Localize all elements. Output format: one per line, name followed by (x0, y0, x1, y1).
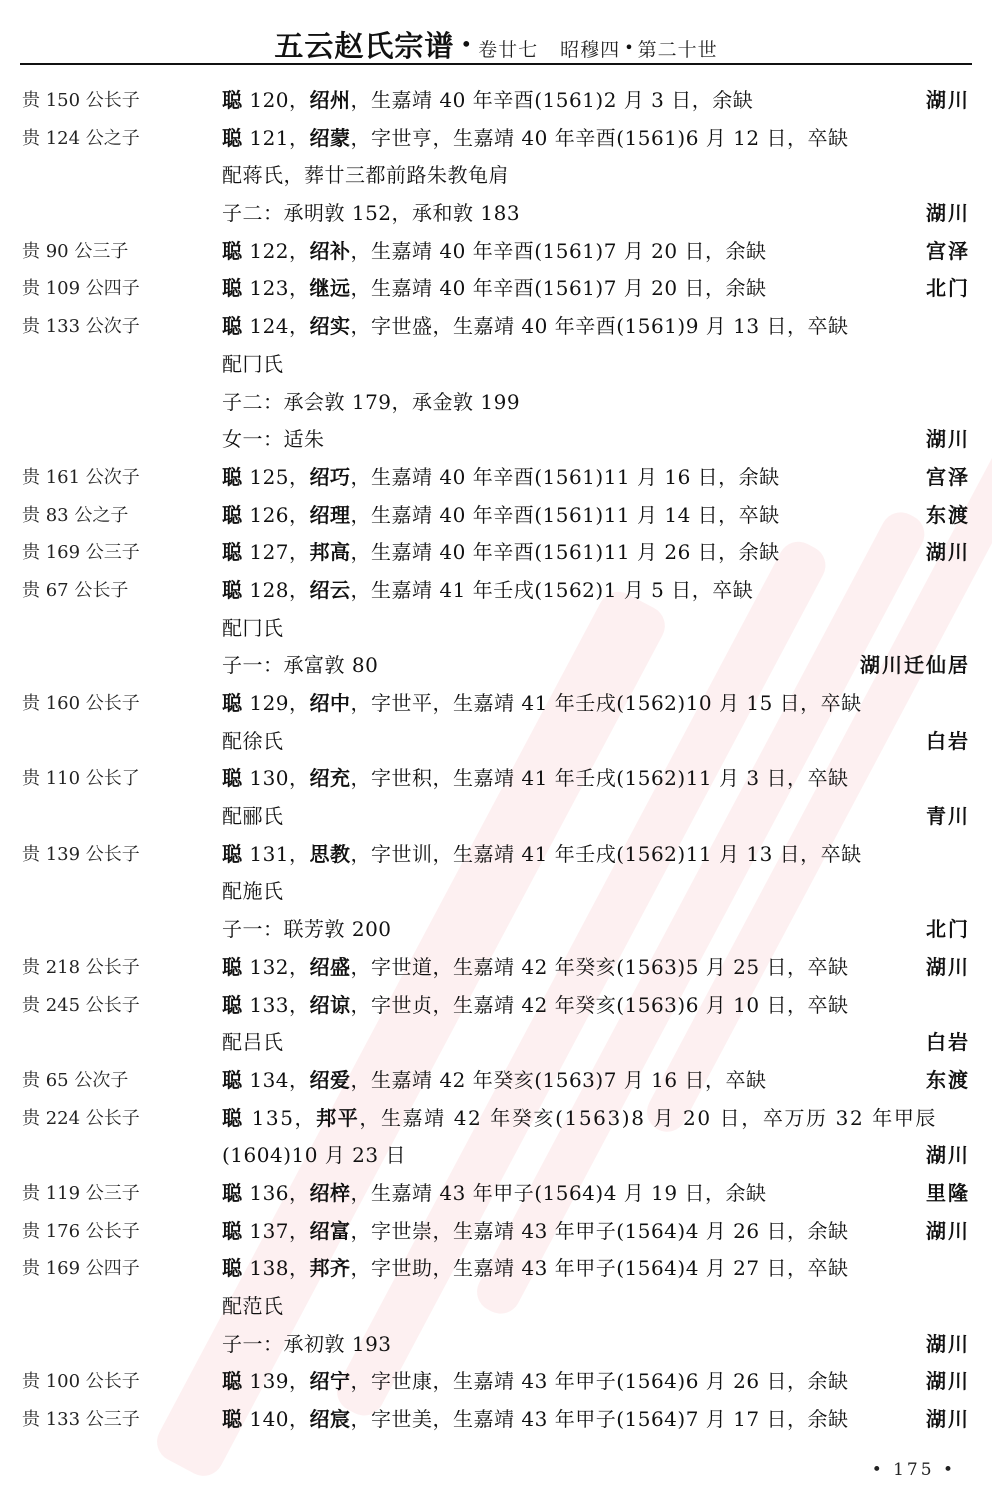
entry-text: 子一：承富敦 80 (222, 647, 378, 685)
entry-number: 139， (243, 1369, 310, 1393)
entry-details: ，生嘉靖 40 年辛酉(1561)7 月 20 日，余缺 (351, 239, 767, 263)
place-label: 湖川 (926, 195, 970, 233)
parent-reference: 贵 133 公次子 (22, 308, 140, 346)
parent-reference: 贵 161 公次子 (22, 459, 140, 497)
entry-number: 132， (243, 955, 310, 979)
entry-line: 贵 90 公三子聪 122，绍补，生嘉靖 40 年辛酉(1561)7 月 20 … (0, 233, 992, 271)
entry-line: 贵 83 公之子聪 126，绍理，生嘉靖 40 年辛酉(1561)11 月 14… (0, 497, 992, 535)
entry-text: 聪 131，思教，字世训，生嘉靖 41 年壬戌(1562)11 月 13 日，卒… (222, 836, 862, 874)
entry-text: 配徐氏 (222, 723, 284, 761)
entry-details: ，生嘉靖 43 年甲子(1564)4 月 19 日，余缺 (351, 1181, 767, 1205)
entry-number: 129， (243, 691, 310, 715)
place-label: 湖川 (926, 421, 970, 459)
entry-number: 126， (243, 503, 310, 527)
entry-text: 聪 127，邦高，生嘉靖 40 年辛酉(1561)11 月 26 日，余缺 (222, 534, 780, 572)
entry-line: 贵 139 公长子聪 131，思教，字世训，生嘉靖 41 年壬戌(1562)11… (0, 836, 992, 874)
person-name: 继远 (310, 276, 351, 300)
entry-number: 121， (243, 126, 310, 150)
person-name: 绍宁 (310, 1369, 351, 1393)
entry-text: 子一：联芳敦 200 (222, 911, 392, 949)
header-separator: • (624, 38, 633, 57)
entry-line: 配冂氏 (0, 610, 992, 648)
generation-char: 聪 (222, 1181, 243, 1205)
entry-line: 配蒋氏，葬廿三都前路朱教龟肩 (0, 157, 992, 195)
entry-number: 138， (243, 1256, 310, 1280)
entry-number: 131， (243, 842, 310, 866)
entry-text: 子二：承明敦 152，承和敦 183 (222, 195, 520, 233)
entry-line: 贵 100 公长子聪 139，绍宁，字世康，生嘉靖 43 年甲子(1564)6 … (0, 1363, 992, 1401)
entry-number: 130， (243, 766, 310, 790)
place-label: 宫泽 (926, 459, 970, 497)
person-name: 邦高 (310, 540, 351, 564)
generation-char: 聪 (222, 540, 243, 564)
person-name: 绍云 (310, 578, 351, 602)
entry-details: ，字世平，生嘉靖 41 年壬戌(1562)10 月 15 日，卒缺 (351, 691, 862, 715)
entry-number: 128， (243, 578, 310, 602)
entry-text: 配冂氏 (222, 610, 284, 648)
entry-text: 配吕氏 (222, 1024, 284, 1062)
entry-line: 贵 150 公长子聪 120，绍州，生嘉靖 40 年辛酉(1561)2 月 3 … (0, 82, 992, 120)
entry-line: 贵 133 公三子聪 140，绍宸，字世美，生嘉靖 43 年甲子(1564)7 … (0, 1401, 992, 1439)
person-name: 绍中 (310, 691, 351, 715)
parent-reference: 贵 100 公长子 (22, 1363, 140, 1401)
entry-text: 聪 129，绍中，字世平，生嘉靖 41 年壬戌(1562)10 月 15 日，卒… (222, 685, 862, 723)
entry-line: 配范氏 (0, 1288, 992, 1326)
person-name: 绍蒙 (310, 126, 351, 150)
entry-number: 127， (243, 540, 310, 564)
entry-text: 聪 126，绍理，生嘉靖 40 年辛酉(1561)11 月 14 日，卒缺 (222, 497, 780, 535)
parent-reference: 贵 218 公长子 (22, 949, 140, 987)
person-name: 绍富 (310, 1219, 351, 1243)
entry-number: 123， (243, 276, 310, 300)
entry-details: ，生嘉靖 40 年辛酉(1561)11 月 26 日，余缺 (351, 540, 780, 564)
generation-char: 聪 (222, 578, 243, 602)
entry-details: ，生嘉靖 40 年辛酉(1561)11 月 14 日，卒缺 (351, 503, 780, 527)
place-label: 湖川 (926, 949, 970, 987)
genealogy-entries: 贵 150 公长子聪 120，绍州，生嘉靖 40 年辛酉(1561)2 月 3 … (0, 82, 992, 1439)
generation-label: 第二十世 (638, 39, 718, 61)
entry-text: 女一：适朱 (222, 421, 325, 459)
generation-char: 聪 (222, 1068, 243, 1092)
entry-text: 聪 138，邦齐，字世助，生嘉靖 43 年甲子(1564)4 月 27 日，卒缺 (222, 1250, 848, 1288)
parent-reference: 贵 169 公四子 (22, 1250, 140, 1288)
entry-text: 聪 134，绍爱，生嘉靖 42 年癸亥(1563)7 月 16 日，卒缺 (222, 1062, 766, 1100)
place-label: 湖川 (926, 1326, 970, 1364)
entry-details: ，字世美，生嘉靖 43 年甲子(1564)7 月 17 日，余缺 (351, 1407, 849, 1431)
person-name: 邦平 (316, 1106, 359, 1130)
place-label: 东渡 (926, 1062, 970, 1100)
place-label: 里隆 (926, 1175, 970, 1213)
person-name: 绍盛 (310, 955, 351, 979)
entry-number: 135， (244, 1106, 317, 1130)
entry-details: ，生嘉靖 40 年辛酉(1561)7 月 20 日，余缺 (351, 276, 767, 300)
entry-details: ，字世训，生嘉靖 41 年壬戌(1562)11 月 13 日，卒缺 (351, 842, 862, 866)
entry-number: 136， (243, 1181, 310, 1205)
parent-reference: 贵 119 公三子 (22, 1175, 140, 1213)
place-label: 湖川 (926, 1137, 970, 1175)
entry-text: 子一：承初敦 193 (222, 1326, 392, 1364)
person-name: 绍补 (310, 239, 351, 263)
entry-details: ，字世康，生嘉靖 43 年甲子(1564)6 月 26 日，余缺 (351, 1369, 849, 1393)
person-name: 邦齐 (310, 1256, 351, 1280)
entry-number: 120， (243, 88, 310, 112)
place-label: 湖川 (926, 1401, 970, 1439)
place-label: 白岩 (926, 1024, 970, 1062)
entry-text: 聪 122，绍补，生嘉靖 40 年辛酉(1561)7 月 20 日，余缺 (222, 233, 766, 271)
generation-char: 聪 (222, 691, 243, 715)
entry-details: ，字世助，生嘉靖 43 年甲子(1564)4 月 27 日，卒缺 (351, 1256, 849, 1280)
place-label: 湖川 (926, 534, 970, 572)
place-label: 青川 (926, 798, 970, 836)
parent-reference: 贵 65 公次子 (22, 1062, 128, 1100)
volume-label: 卷廿七 (478, 39, 538, 61)
entry-text: 配冂氏 (222, 346, 284, 384)
entry-line: 配徐氏白岩 (0, 723, 992, 761)
entry-text: 聪 133，绍谅，字世贞，生嘉靖 42 年癸亥(1563)6 月 10 日，卒缺 (222, 987, 848, 1025)
entry-text: 聪 130，绍充，字世积，生嘉靖 41 年壬戌(1562)11 月 3 日，卒缺 (222, 760, 848, 798)
entry-line: 贵 245 公长子聪 133，绍谅，字世贞，生嘉靖 42 年癸亥(1563)6 … (0, 987, 992, 1025)
entry-line: 子一：承富敦 80湖川迁仙居 (0, 647, 992, 685)
person-name: 绍爱 (310, 1068, 351, 1092)
generation-char: 聪 (222, 503, 243, 527)
page-header: 五云赵氏宗谱•卷廿七昭穆四•第二十世 (0, 24, 992, 65)
generation-char: 聪 (222, 239, 243, 263)
place-label: 湖川 (926, 82, 970, 120)
entry-text: (1604)10 月 23 日 (222, 1137, 406, 1175)
entry-line: 子一：承初敦 193湖川 (0, 1326, 992, 1364)
entry-text: 聪 136，绍梓，生嘉靖 43 年甲子(1564)4 月 19 日，余缺 (222, 1175, 766, 1213)
generation-char: 聪 (222, 1106, 244, 1130)
entry-number: 137， (243, 1219, 310, 1243)
entry-line: 贵 133 公次子聪 124，绍实，字世盛，生嘉靖 40 年辛酉(1561)9 … (0, 308, 992, 346)
entry-line: 贵 176 公长子聪 137，绍富，字世崇，生嘉靖 43 年甲子(1564)4 … (0, 1213, 992, 1251)
entry-text: 聪 139，绍宁，字世康，生嘉靖 43 年甲子(1564)6 月 26 日，余缺 (222, 1363, 848, 1401)
entry-line: 配冂氏 (0, 346, 992, 384)
generation-char: 聪 (222, 314, 243, 338)
generation-char: 聪 (222, 955, 243, 979)
entry-text: 聪 128，绍云，生嘉靖 41 年壬戌(1562)1 月 5 日，卒缺 (222, 572, 753, 610)
entry-line: 子二：承明敦 152，承和敦 183湖川 (0, 195, 992, 233)
entry-details: ，字世亨，生嘉靖 40 年辛酉(1561)6 月 12 日，卒缺 (351, 126, 849, 150)
entry-line: 贵 110 公长了聪 130，绍充，字世积，生嘉靖 41 年壬戌(1562)11… (0, 760, 992, 798)
entry-number: 133， (243, 993, 310, 1017)
parent-reference: 贵 83 公之子 (22, 497, 128, 535)
generation-char: 聪 (222, 766, 243, 790)
entry-line: 配施氏 (0, 873, 992, 911)
entry-text: 聪 121，绍蒙，字世亨，生嘉靖 40 年辛酉(1561)6 月 12 日，卒缺 (222, 120, 848, 158)
entry-text: 配范氏 (222, 1288, 284, 1326)
person-name: 绍谅 (310, 993, 351, 1017)
parent-reference: 贵 109 公四子 (22, 270, 140, 308)
entry-line: 贵 169 公四子聪 138，邦齐，字世助，生嘉靖 43 年甲子(1564)4 … (0, 1250, 992, 1288)
entry-line: 贵 109 公四子聪 123，继远，生嘉靖 40 年辛酉(1561)7 月 20… (0, 270, 992, 308)
parent-reference: 贵 90 公三子 (22, 233, 128, 271)
place-label: 东渡 (926, 497, 970, 535)
parent-reference: 贵 67 公长子 (22, 572, 128, 610)
book-title: 五云赵氏宗谱 (274, 29, 454, 63)
person-name: 绍理 (310, 503, 351, 527)
generation-char: 聪 (222, 1256, 243, 1280)
entry-line: 女一：适朱湖川 (0, 421, 992, 459)
entry-details: ，字世盛，生嘉靖 40 年辛酉(1561)9 月 13 日，卒缺 (351, 314, 849, 338)
parent-reference: 贵 169 公三子 (22, 534, 140, 572)
entry-line: 贵 224 公长子聪 135，邦平，生嘉靖 42 年癸亥(1563)8 月 20… (0, 1100, 992, 1138)
entry-number: 122， (243, 239, 310, 263)
entry-line: 贵 124 公之子聪 121，绍蒙，字世亨，生嘉靖 40 年辛酉(1561)6 … (0, 120, 992, 158)
place-label: 北门 (926, 270, 970, 308)
entry-details: ，生嘉靖 42 年癸亥(1563)7 月 16 日，卒缺 (351, 1068, 767, 1092)
entry-line: 配郦氏青川 (0, 798, 992, 836)
person-name: 绍宸 (310, 1407, 351, 1431)
place-label: 湖川 (926, 1213, 970, 1251)
entry-text: 聪 120，绍州，生嘉靖 40 年辛酉(1561)2 月 3 日，余缺 (222, 82, 753, 120)
entry-line: 配吕氏白岩 (0, 1024, 992, 1062)
entry-line: 贵 218 公长子聪 132，绍盛，字世道，生嘉靖 42 年癸亥(1563)5 … (0, 949, 992, 987)
entry-details: ，生嘉靖 40 年辛酉(1561)11 月 16 日，余缺 (351, 465, 780, 489)
entry-details: ，字世崇，生嘉靖 43 年甲子(1564)4 月 26 日，余缺 (351, 1219, 849, 1243)
genealogy-page: 五云赵氏宗谱•卷廿七昭穆四•第二十世 贵 150 公长子聪 120，绍州，生嘉靖… (0, 0, 992, 1512)
generation-char: 聪 (222, 842, 243, 866)
entry-line: 贵 67 公长子聪 128，绍云，生嘉靖 41 年壬戌(1562)1 月 5 日… (0, 572, 992, 610)
entry-text: 子二：承会敦 179，承金敦 199 (222, 384, 520, 422)
entry-number: 124， (243, 314, 310, 338)
person-name: 绍梓 (310, 1181, 351, 1205)
generation-char: 聪 (222, 126, 243, 150)
entry-text: 聪 135，邦平，生嘉靖 42 年癸亥(1563)8 月 20 日，卒万历 32… (222, 1100, 937, 1138)
person-name: 绍州 (310, 88, 351, 112)
entry-text: 配蒋氏，葬廿三都前路朱教龟肩 (222, 157, 509, 195)
parent-reference: 贵 110 公长了 (22, 760, 140, 798)
generation-char: 聪 (222, 1369, 243, 1393)
entry-text: 聪 123，继远，生嘉靖 40 年辛酉(1561)7 月 20 日，余缺 (222, 270, 766, 308)
place-label: 北门 (926, 911, 970, 949)
generation-char: 聪 (222, 88, 243, 112)
parent-reference: 贵 124 公之子 (22, 120, 140, 158)
entry-text: 聪 124，绍实，字世盛，生嘉靖 40 年辛酉(1561)9 月 13 日，卒缺 (222, 308, 848, 346)
section-label: 昭穆四 (560, 39, 620, 61)
person-name: 绍充 (310, 766, 351, 790)
entry-details: ，字世贞，生嘉靖 42 年癸亥(1563)6 月 10 日，卒缺 (351, 993, 849, 1017)
generation-char: 聪 (222, 1219, 243, 1243)
entry-text: 配郦氏 (222, 798, 284, 836)
place-label: 白岩 (926, 723, 970, 761)
entry-text: 聪 125，绍巧，生嘉靖 40 年辛酉(1561)11 月 16 日，余缺 (222, 459, 780, 497)
parent-reference: 贵 150 公长子 (22, 82, 140, 120)
person-name: 思教 (310, 842, 351, 866)
entry-line: 贵 119 公三子聪 136，绍梓，生嘉靖 43 年甲子(1564)4 月 19… (0, 1175, 992, 1213)
entry-number: 134， (243, 1068, 310, 1092)
entry-text: 聪 132，绍盛，字世道，生嘉靖 42 年癸亥(1563)5 月 25 日，卒缺 (222, 949, 848, 987)
generation-char: 聪 (222, 465, 243, 489)
parent-reference: 贵 160 公长子 (22, 685, 140, 723)
header-separator: • (460, 32, 472, 56)
place-label: 宫泽 (926, 233, 970, 271)
page-number: • 175 • (872, 1460, 956, 1480)
entry-line: 子一：联芳敦 200北门 (0, 911, 992, 949)
generation-char: 聪 (222, 276, 243, 300)
entry-text: 聪 137，绍富，字世崇，生嘉靖 43 年甲子(1564)4 月 26 日，余缺 (222, 1213, 848, 1251)
person-name: 绍实 (310, 314, 351, 338)
header-rule (20, 63, 972, 65)
entry-number: 140， (243, 1407, 310, 1431)
entry-text: 聪 140，绍宸，字世美，生嘉靖 43 年甲子(1564)7 月 17 日，余缺 (222, 1401, 848, 1439)
entry-line: 贵 169 公三子聪 127，邦高，生嘉靖 40 年辛酉(1561)11 月 2… (0, 534, 992, 572)
generation-char: 聪 (222, 1407, 243, 1431)
entry-text: 配施氏 (222, 873, 284, 911)
entry-details: ，生嘉靖 41 年壬戌(1562)1 月 5 日，卒缺 (351, 578, 754, 602)
entry-details: ，生嘉靖 42 年癸亥(1563)8 月 20 日，卒万历 32 年甲辰 (359, 1106, 937, 1130)
place-label: 湖川迁仙居 (860, 647, 970, 685)
parent-reference: 贵 139 公长子 (22, 836, 140, 874)
parent-reference: 贵 245 公长子 (22, 987, 140, 1025)
entry-line: (1604)10 月 23 日湖川 (0, 1137, 992, 1175)
parent-reference: 贵 224 公长子 (22, 1100, 140, 1138)
entry-details: ，字世道，生嘉靖 42 年癸亥(1563)5 月 25 日，卒缺 (351, 955, 849, 979)
entry-line: 贵 160 公长子聪 129，绍中，字世平，生嘉靖 41 年壬戌(1562)10… (0, 685, 992, 723)
parent-reference: 贵 133 公三子 (22, 1401, 140, 1439)
generation-char: 聪 (222, 993, 243, 1017)
entry-line: 贵 65 公次子聪 134，绍爱，生嘉靖 42 年癸亥(1563)7 月 16 … (0, 1062, 992, 1100)
entry-details: ，字世积，生嘉靖 41 年壬戌(1562)11 月 3 日，卒缺 (351, 766, 849, 790)
entry-number: 125， (243, 465, 310, 489)
entry-line: 贵 161 公次子聪 125，绍巧，生嘉靖 40 年辛酉(1561)11 月 1… (0, 459, 992, 497)
place-label: 湖川 (926, 1363, 970, 1401)
entry-details: ，生嘉靖 40 年辛酉(1561)2 月 3 日，余缺 (351, 88, 754, 112)
person-name: 绍巧 (310, 465, 351, 489)
parent-reference: 贵 176 公长子 (22, 1213, 140, 1251)
entry-line: 子二：承会敦 179，承金敦 199 (0, 384, 992, 422)
